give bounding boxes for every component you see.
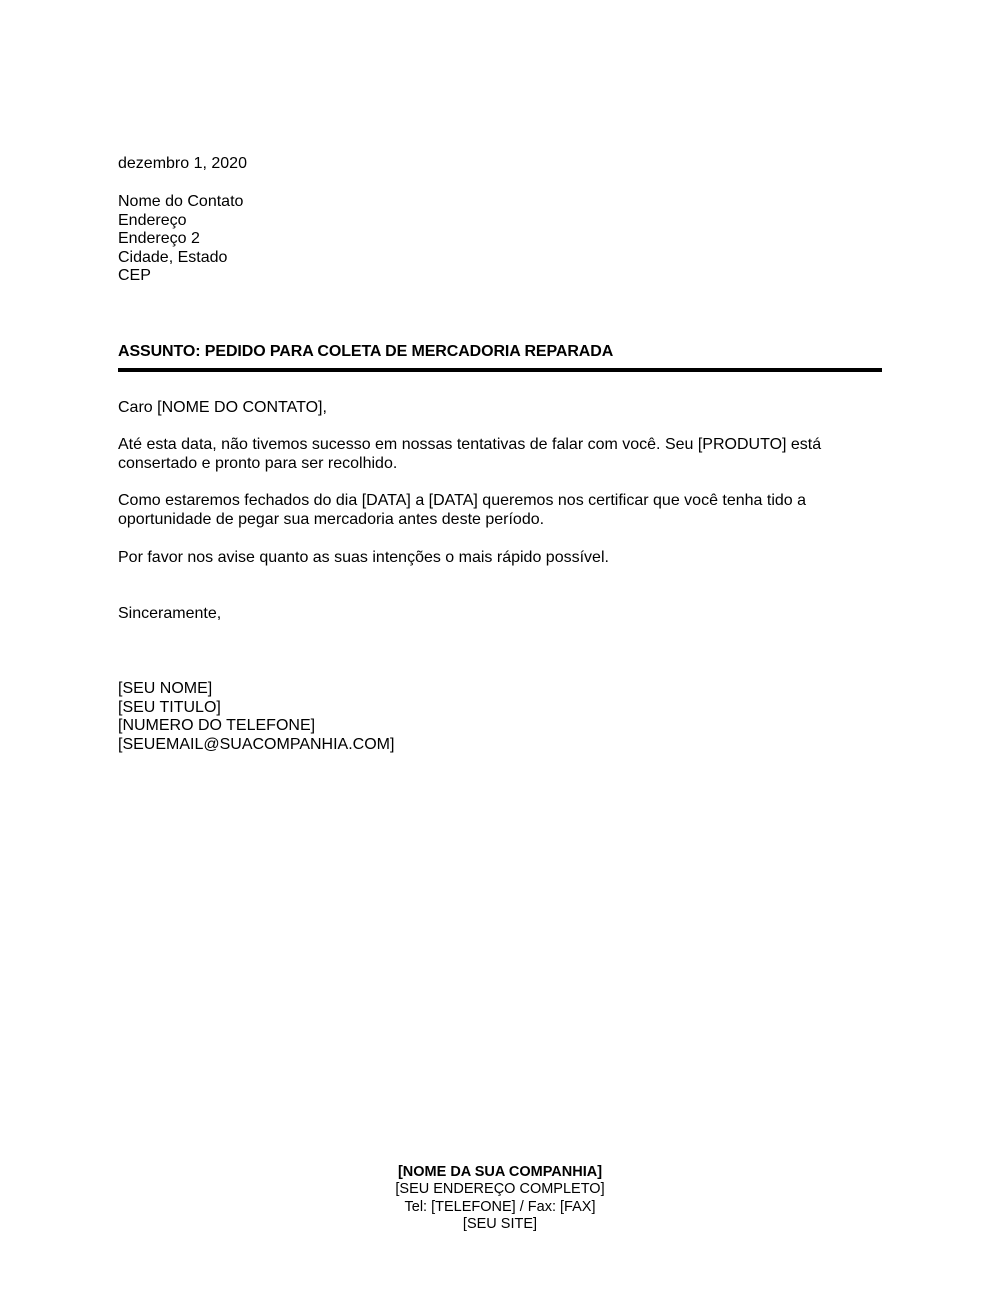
sender-email: [SEUEMAIL@SUACOMPANHIA.COM] — [118, 736, 394, 755]
recipient-zip: CEP — [118, 267, 243, 286]
letter-subject: ASSUNTO: PEDIDO PARA COLETA DE MERCADORI… — [118, 343, 613, 362]
footer-address: [SEU ENDEREÇO COMPLETO] — [0, 1181, 1000, 1198]
letterhead-footer: [NOME DA SUA COMPANHIA] [SEU ENDEREÇO CO… — [0, 1164, 1000, 1233]
footer-contact: Tel: [TELEFONE] / Fax: [FAX] — [0, 1199, 1000, 1216]
sender-name: [SEU NOME] — [118, 680, 394, 699]
footer-site: [SEU SITE] — [0, 1216, 1000, 1233]
body-paragraph-2: Como estaremos fechados do dia [DATA] a … — [118, 492, 882, 529]
recipient-address-block: Nome do Contato Endereço Endereço 2 Cida… — [118, 193, 243, 286]
letter-date: dezembro 1, 2020 — [118, 155, 247, 174]
recipient-address-line-1: Endereço — [118, 212, 243, 231]
recipient-name: Nome do Contato — [118, 193, 243, 212]
letter-page: dezembro 1, 2020 Nome do Contato Endereç… — [0, 0, 1000, 1290]
sender-phone: [NUMERO DO TELEFONE] — [118, 717, 394, 736]
subject-divider — [118, 368, 882, 372]
footer-company-name: [NOME DA SUA COMPANHIA] — [0, 1164, 1000, 1181]
letter-closing: Sinceramente, — [118, 605, 221, 624]
recipient-city-state: Cidade, Estado — [118, 249, 243, 268]
body-paragraph-3: Por favor nos avise quanto as suas inten… — [118, 549, 882, 568]
recipient-address-line-2: Endereço 2 — [118, 230, 243, 249]
body-paragraph-1: Até esta data, não tivemos sucesso em no… — [118, 436, 882, 473]
signature-block: [SEU NOME] [SEU TITULO] [NUMERO DO TELEF… — [118, 680, 394, 754]
letter-greeting: Caro [NOME DO CONTATO], — [118, 399, 327, 418]
sender-title: [SEU TITULO] — [118, 699, 394, 718]
